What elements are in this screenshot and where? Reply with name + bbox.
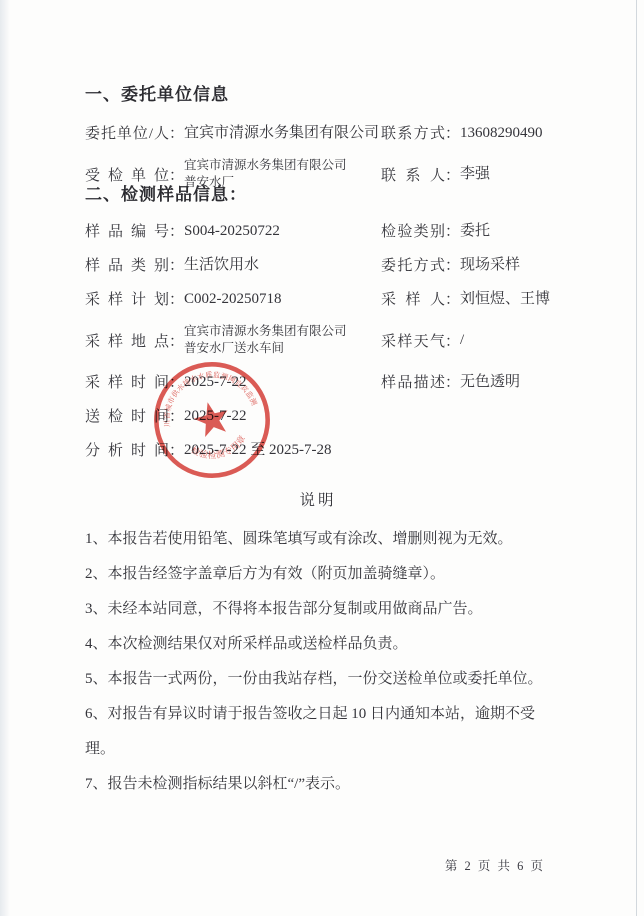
note-item-3: 3、未经本站同意，不得将本报告部分复制或用做商品广告。 bbox=[85, 592, 551, 627]
field-sampling-plan: 采样计划： C002-20250718 bbox=[85, 288, 381, 309]
field-inspection-category: 检验类别： 委托 bbox=[381, 220, 563, 241]
field-value: 生活饮用水 bbox=[184, 255, 259, 275]
info-row-sampling-location: 采样地点： 宜宾市清源水务集团有限公司 普安水厂送水车间 采样天气： / bbox=[85, 322, 563, 358]
colon: ： bbox=[169, 439, 184, 460]
field-value-line2: 普安水厂送水车间 bbox=[184, 340, 347, 357]
field-label: 联系人 bbox=[381, 164, 445, 185]
field-value: 13608290490 bbox=[460, 123, 543, 143]
colon: ： bbox=[169, 371, 184, 392]
field-label: 采样人 bbox=[381, 288, 445, 309]
colon: ： bbox=[445, 254, 460, 275]
field-client-unit: 委托单位/人： 宜宾市清源水务集团有限公司 bbox=[85, 122, 381, 143]
field-label: 受检单位 bbox=[85, 164, 169, 185]
field-label: 送检时间 bbox=[85, 405, 169, 426]
note-item-1: 1、本报告若使用铅笔、圆珠笔填写或有涂改、增删则视为无效。 bbox=[85, 522, 551, 557]
section-heading-client: 一、委托单位信息 bbox=[85, 84, 563, 106]
field-label: 委托方式 bbox=[381, 254, 445, 275]
colon: ： bbox=[169, 122, 184, 143]
field-value: 宜宾市清源水务集团有限公司 普安水厂送水车间 bbox=[184, 323, 347, 357]
field-label: 联系方式 bbox=[381, 122, 445, 143]
colon: ： bbox=[169, 288, 184, 309]
info-row-sample-type: 样品类别： 生活饮用水 委托方式： 现场采样 bbox=[85, 254, 563, 275]
field-sample-type: 样品类别： 生活饮用水 bbox=[85, 254, 381, 275]
field-sampling-location: 采样地点： 宜宾市清源水务集团有限公司 普安水厂送水车间 bbox=[85, 322, 381, 358]
info-row-sample-id: 样品编号： S004-20250722 检验类别： 委托 bbox=[85, 220, 563, 241]
field-value: 无色透明 bbox=[460, 372, 520, 392]
field-label: 采样计划 bbox=[85, 288, 169, 309]
field-label: 样品描述 bbox=[381, 371, 445, 392]
field-delivery-time: 送检时间： 2025-7-22 bbox=[85, 405, 381, 426]
note-item-7: 7、报告未检测指标结果以斜杠“/”表示。 bbox=[85, 767, 551, 802]
field-value: 2025-7-22 bbox=[184, 372, 247, 392]
note-item-6: 6、对报告有异议时请于报告签收之日起 10 日内通知本站，逾期不受理。 bbox=[85, 697, 551, 767]
info-row-client: 委托单位/人： 宜宾市清源水务集团有限公司 联系方式： 13608290490 bbox=[85, 122, 563, 143]
page-number: 第 2 页 共 6 页 bbox=[445, 859, 545, 873]
sample-info-section: 二、检测样品信息： 样品编号： S004-20250722 检验类别： 委托 样… bbox=[85, 184, 563, 473]
colon: ： bbox=[445, 288, 460, 309]
field-value: 委托 bbox=[460, 221, 490, 241]
page-footer: 第 2 页 共 6 页 bbox=[445, 856, 545, 875]
field-label: 检验类别 bbox=[381, 220, 445, 241]
field-sampling-time: 采样时间： 2025-7-22 bbox=[85, 371, 381, 392]
field-value-line1: 宜宾市清源水务集团有限公司 bbox=[184, 157, 347, 174]
field-label: 采样地点 bbox=[85, 330, 169, 351]
field-value: 现场采样 bbox=[460, 255, 520, 275]
field-value: 2025-7-22 至 2025-7-28 bbox=[184, 440, 331, 460]
scan-edge-line bbox=[636, 0, 637, 916]
field-sampling-weather: 采样天气： / bbox=[381, 322, 563, 358]
colon: ： bbox=[169, 220, 184, 241]
field-label: 样品编号 bbox=[85, 220, 169, 241]
info-row-sampling-time: 采样时间： 2025-7-22 样品描述： 无色透明 bbox=[85, 371, 563, 392]
notes-title: 说明 bbox=[85, 490, 551, 512]
note-item-2: 2、本报告经签字盖章后方为有效（附页加盖骑缝章）。 bbox=[85, 557, 551, 592]
field-value: 2025-7-22 bbox=[184, 406, 247, 426]
field-label: 样品类别 bbox=[85, 254, 169, 275]
colon: ： bbox=[169, 330, 184, 351]
colon: ： bbox=[169, 164, 184, 185]
info-row-delivery-time: 送检时间： 2025-7-22 bbox=[85, 405, 563, 426]
colon: ： bbox=[445, 164, 460, 185]
info-row-analysis-time: 分析时间： 2025-7-22 至 2025-7-28 bbox=[85, 439, 563, 460]
section-heading-sample: 二、检测样品信息： bbox=[85, 184, 563, 206]
field-sample-id: 样品编号： S004-20250722 bbox=[85, 220, 381, 241]
report-page: 一、委托单位信息 委托单位/人： 宜宾市清源水务集团有限公司 联系方式： 136… bbox=[0, 0, 644, 916]
field-analysis-time: 分析时间： 2025-7-22 至 2025-7-28 bbox=[85, 439, 331, 460]
field-label: 委托单位/人 bbox=[85, 122, 169, 143]
field-sample-description: 样品描述： 无色透明 bbox=[381, 371, 563, 392]
field-value: C002-20250718 bbox=[184, 289, 282, 309]
field-value: S004-20250722 bbox=[184, 221, 280, 241]
field-label: 采样时间 bbox=[85, 371, 169, 392]
info-row-sampling-plan: 采样计划： C002-20250718 采样人： 刘恒煜、王博 bbox=[85, 288, 563, 309]
note-item-4: 4、本次检测结果仅对所采样品或送检样品负责。 bbox=[85, 627, 551, 662]
colon: ： bbox=[445, 371, 460, 392]
colon: ： bbox=[169, 254, 184, 275]
notes-section: 说明 1、本报告若使用铅笔、圆珠笔填写或有涂改、增删则视为无效。 2、本报告经签… bbox=[85, 490, 551, 802]
field-value: 李强 bbox=[460, 164, 490, 184]
field-commission-method: 委托方式： 现场采样 bbox=[381, 254, 563, 275]
colon: ： bbox=[445, 220, 460, 241]
colon: ： bbox=[445, 122, 460, 143]
field-value: / bbox=[460, 330, 464, 350]
field-label: 采样天气 bbox=[381, 330, 445, 351]
colon: ： bbox=[169, 405, 184, 426]
note-item-5: 5、本报告一式两份，一份由我站存档，一份交送检单位或委托单位。 bbox=[85, 662, 551, 697]
field-value: 宜宾市清源水务集团有限公司 bbox=[184, 123, 379, 143]
field-value: 刘恒煜、王博 bbox=[460, 289, 550, 309]
field-contact-phone: 联系方式： 13608290490 bbox=[381, 122, 563, 143]
field-value-line1: 宜宾市清源水务集团有限公司 bbox=[184, 323, 347, 340]
field-label: 分析时间 bbox=[85, 439, 169, 460]
colon: ： bbox=[445, 330, 460, 351]
field-sampler: 采样人： 刘恒煜、王博 bbox=[381, 288, 563, 309]
